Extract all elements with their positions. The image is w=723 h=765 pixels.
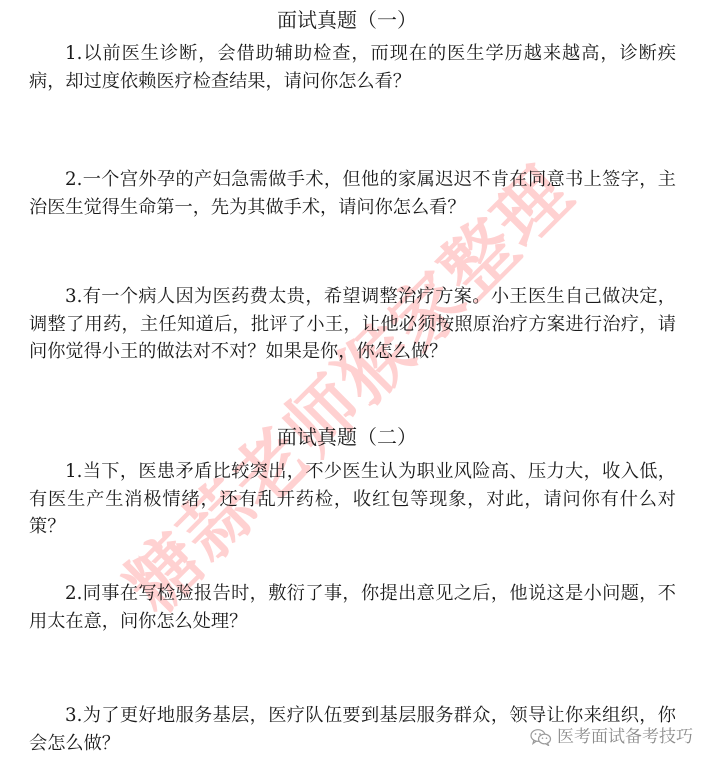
question-2-1: 1.当下，医患矛盾比较突出，不少医生认为职业风险高、压力大，收入低，有医生产生消… — [29, 458, 676, 541]
document-page: 面试真题（一） 1.以前医生诊断，会借助辅助检查，而现在的医生学历越来越高，诊断… — [0, 0, 723, 765]
wechat-icon — [530, 728, 552, 746]
account-name: 医考面试备考技巧 — [557, 726, 693, 748]
wechat-account-badge: 医考面试备考技巧 — [530, 726, 693, 748]
question-1-3: 3.有一个病人因为医药费太贵，希望调整治疗方案。小王医生自己做决定，调整了用药，… — [29, 283, 676, 366]
question-2-2: 2.同事在写检验报告时，敷衍了事，你提出意见之后，他说这是小问题，不用太在意，问… — [29, 580, 676, 635]
section-title-2: 面试真题（二） — [0, 425, 694, 449]
question-1-1: 1.以前医生诊断，会借助辅助检查，而现在的医生学历越来越高，诊断疾病，却过度依赖… — [29, 40, 676, 95]
section-title-1: 面试真题（一） — [0, 8, 694, 32]
question-1-2: 2.一个宫外孕的产妇急需做手术，但他的家属迟迟不肯在同意书上签字，主治医生觉得生… — [29, 166, 676, 221]
